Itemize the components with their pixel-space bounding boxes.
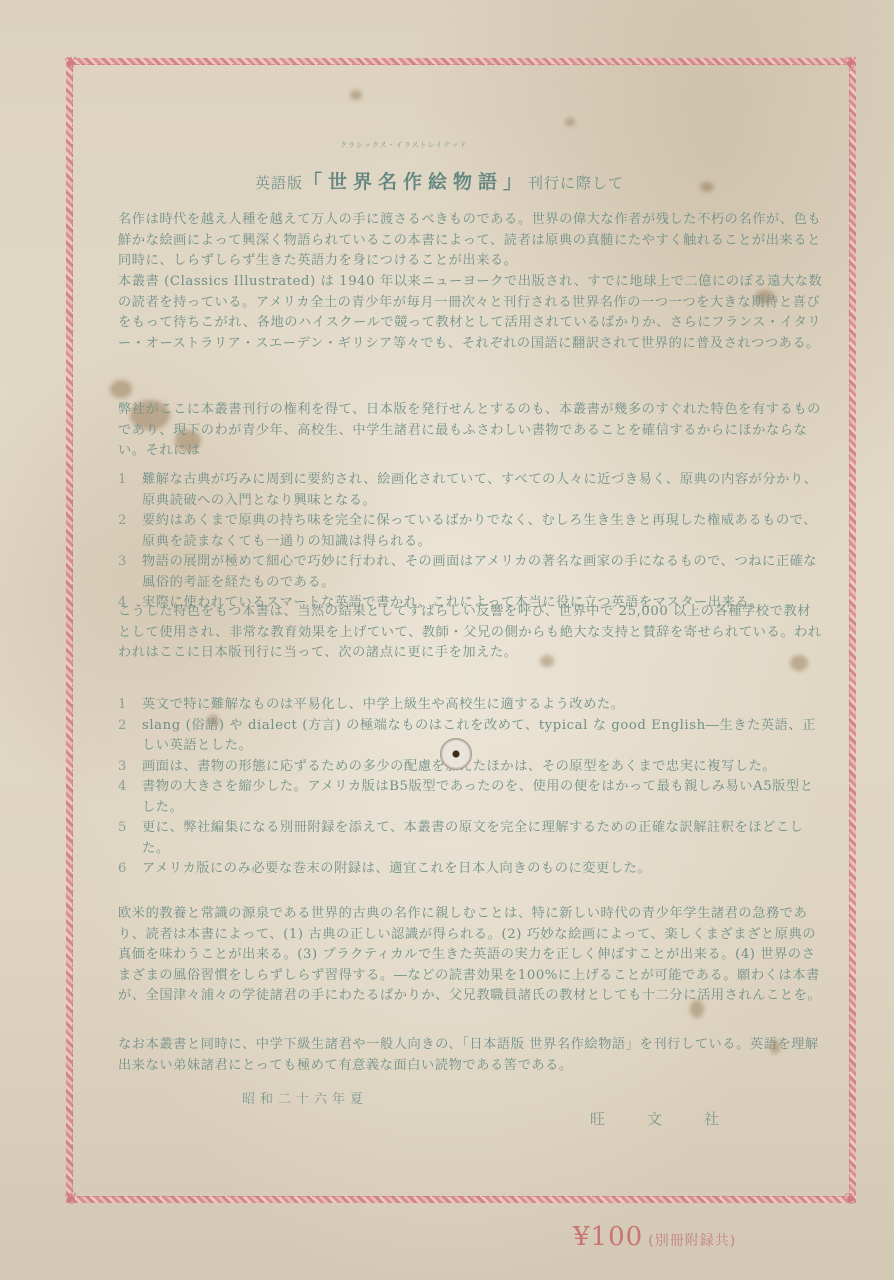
list-item: 3物語の展開が極めて細心で巧妙に行われ、その画面はアメリカの著名な画家の手になる…	[118, 552, 824, 593]
note-paragraph: なお本叢書と同時に、中学下級生諸君や一般人向きの、「日本語版 世界名作絵物語」を…	[118, 1035, 824, 1076]
price-label: ¥100 (別冊附録共)	[573, 1222, 736, 1252]
list-item: 4書物の大きさを縮少した。アメリカ版はB5版型であったのを、使用の便をはかって最…	[118, 777, 824, 818]
corner-ornament-icon: ❦	[842, 54, 860, 72]
history-paragraph: 本叢書 (Classics Illustrated) は 1940 年以来ニュー…	[118, 272, 824, 354]
features-list: 1難解な古典が巧みに周到に要約され、絵画化されていて、すべての人々に近づき易く、…	[118, 470, 824, 614]
title-suffix: 刊行に際して	[528, 174, 624, 192]
title-main: 「世界名作絵物語」	[303, 171, 528, 193]
benefits-paragraph: 欧米的教養と常識の源泉である世界的古典の名作に親しむことは、特に新しい時代の青少…	[118, 904, 824, 1007]
purpose-paragraph: 弊社がここに本叢書刊行の権利を得て、日本版を発行せんとするのも、本叢書が幾多のす…	[118, 400, 824, 462]
price-note: (別冊附録共)	[648, 1233, 736, 1249]
corner-ornament-icon: ❦	[62, 54, 80, 72]
changes-list: 1英文で特に難解なものは平易化し、中学上級生や高校生に適するよう改めた。 2sl…	[118, 695, 824, 880]
corner-ornament-icon: ❦	[842, 1190, 860, 1208]
list-item: 6アメリカ版にのみ必要な巻末の附録は、適宜これを日本人向きのものに変更した。	[118, 859, 824, 880]
list-item: 1英文で特に難解なものは平易化し、中学上級生や高校生に適するよう改めた。	[118, 695, 824, 716]
page-title: 英語版「世界名作絵物語」刊行に際して	[255, 167, 624, 194]
paper-hole	[440, 738, 472, 770]
publication-date: 昭和二十六年夏	[242, 1088, 368, 1107]
book-back-cover: ❦ ❦ ❦ ❦ クラシックス・イラストレイテッド 英語版「世界名作絵物語」刊行に…	[0, 0, 894, 1280]
list-item: 2要約はあくまで原典の持ち味を完全に保っているばかりでなく、むしろ生き生きと再現…	[118, 511, 824, 552]
price-amount: ¥100	[573, 1222, 643, 1252]
ruby-annotation: クラシックス・イラストレイテッド	[340, 140, 467, 150]
reception-paragraph: こうした特色をもつ本書は、当然の結果としてすばらしい反響を呼び、世界中で 25,…	[118, 602, 824, 664]
title-prefix: 英語版	[255, 174, 303, 192]
list-item: 1難解な古典が巧みに周到に要約され、絵画化されていて、すべての人々に近づき易く、…	[118, 470, 824, 511]
intro-paragraph: 名作は時代を越え人種を越えて万人の手に渡さるべきものである。世界の偉大な作者が残…	[118, 210, 824, 272]
list-item: 5更に、弊社編集になる別冊附録を添えて、本叢書の原文を完全に理解するための正確な…	[118, 818, 824, 859]
corner-ornament-icon: ❦	[62, 1190, 80, 1208]
publisher-name: 旺文社	[590, 1108, 761, 1129]
